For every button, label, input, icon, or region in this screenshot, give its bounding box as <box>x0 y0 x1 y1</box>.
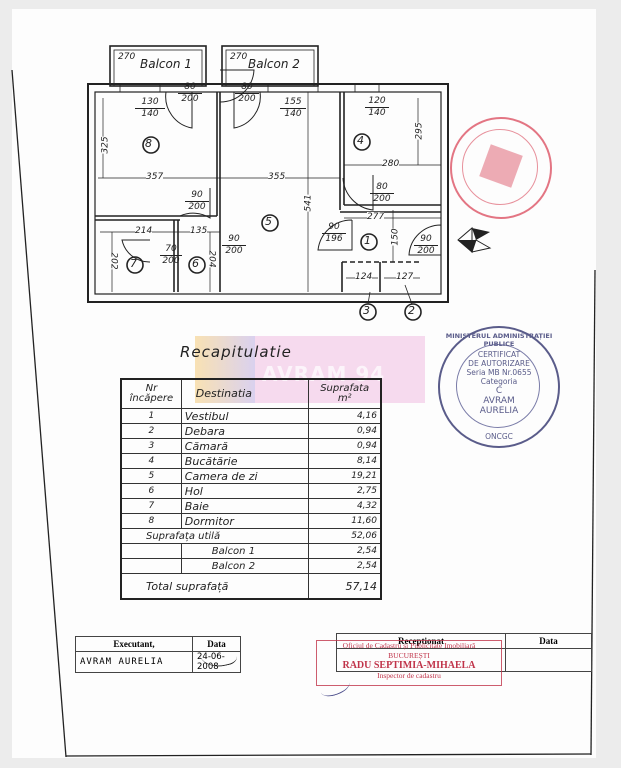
window-4: 120140 <box>365 96 389 119</box>
table-row: 5 Camera de zi 19,21 <box>121 469 381 484</box>
balcon2-area: 2,54 <box>309 559 381 574</box>
door-balcon1: 80200 <box>178 82 202 105</box>
dim-277: 277 <box>367 212 384 222</box>
recap-title: Recapitulatie <box>180 343 292 361</box>
inspector-stamp-line: Oficiul de Cadastru și Publicitate Imobi… <box>317 641 501 651</box>
dim-295: 295 <box>415 122 425 139</box>
room-area: 4,16 <box>309 409 381 424</box>
header-nr: Nrîncăpere <box>121 379 181 409</box>
balcon2-width: 270 <box>230 52 247 62</box>
dim-135: 135 <box>190 226 207 236</box>
door-entry: 90200 <box>414 234 438 257</box>
recap-table: Nrîncăpere Destinatia Suprafatam² 1 Vest… <box>120 378 382 600</box>
dim-325: 325 <box>101 136 111 153</box>
room-destination: Bucătărie <box>181 454 309 469</box>
balcon1-dest: Balcon 1 <box>181 544 309 559</box>
room-destination: Debara <box>181 424 309 439</box>
door-balcon2: 80200 <box>235 82 259 105</box>
window-8: 130140 <box>135 97 165 120</box>
inspector-stamp-line: RADU SEPTIMIA-MIHAELA <box>317 661 501 671</box>
balcon1-width: 270 <box>118 52 135 62</box>
stamp-line: Categoria <box>450 377 548 386</box>
total-value: 57,14 <box>309 574 381 600</box>
table-row: Balcon 2 2,54 <box>121 559 381 574</box>
dim-541: 541 <box>304 194 314 211</box>
executant-header: Executant, <box>76 637 193 652</box>
door-8: 90200 <box>185 190 209 213</box>
room-destination: Dormitor <box>181 514 309 529</box>
room-nr: 4 <box>121 454 181 469</box>
room-nr: 3 <box>121 439 181 454</box>
table-row: 7 Baie 4,32 <box>121 499 381 514</box>
room-area: 8,14 <box>309 454 381 469</box>
table-row: 8 Dormitor 11,60 <box>121 514 381 529</box>
table-row: Balcon 1 2,54 <box>121 544 381 559</box>
balcon1-area: 2,54 <box>309 544 381 559</box>
room-7-number: 7 <box>130 257 137 270</box>
dim-124: 124 <box>355 272 372 282</box>
stamp-line: AVRAM <box>450 396 548 406</box>
door-5: 90200 <box>222 234 246 257</box>
room-area: 0,94 <box>309 424 381 439</box>
header-destinatia: Destinatia <box>181 379 309 409</box>
dim-214: 214 <box>135 226 152 236</box>
stamp-line: CERTIFICAT <box>450 350 548 359</box>
balcon1-label: Balcon 1 <box>140 57 192 71</box>
door-1: 90196 <box>322 222 346 245</box>
room-area: 19,21 <box>309 469 381 484</box>
room-5-number: 5 <box>265 215 272 228</box>
executant-name: AVRAM AURELIA <box>76 652 193 673</box>
room-destination: Vestibul <box>181 409 309 424</box>
room-nr: 1 <box>121 409 181 424</box>
room-nr: 2 <box>121 424 181 439</box>
room-8-number: 8 <box>145 137 152 150</box>
room-destination: Cămară <box>181 439 309 454</box>
receptionat-date-header: Data <box>506 634 592 649</box>
dim-355: 355 <box>268 172 285 182</box>
balcon2-label: Balcon 2 <box>248 57 300 71</box>
room-destination: Hol <box>181 484 309 499</box>
table-row: 1 Vestibul 4,16 <box>121 409 381 424</box>
dim-357: 357 <box>146 172 163 182</box>
room-4-number: 4 <box>357 134 364 147</box>
door-4: 80200 <box>370 182 394 205</box>
stamp-line: C <box>450 386 548 396</box>
room-nr: 7 <box>121 499 181 514</box>
north-arrow-icon <box>458 228 490 252</box>
room-area: 2,75 <box>309 484 381 499</box>
room-2-number: 2 <box>408 304 415 317</box>
dim-202: 202 <box>109 252 119 269</box>
stamp-line: AURELIA <box>450 406 548 416</box>
dim-280: 280 <box>382 159 399 169</box>
room-area: 4,32 <box>309 499 381 514</box>
room-destination: Camera de zi <box>181 469 309 484</box>
table-row: 4 Bucătărie 8,14 <box>121 454 381 469</box>
total-label: Total suprafață <box>121 574 309 600</box>
balcon2-dest: Balcon 2 <box>181 559 309 574</box>
room-3-number: 3 <box>363 304 370 317</box>
room-area: 0,94 <box>309 439 381 454</box>
cadastre-stamp <box>450 117 552 219</box>
table-row: 3 Cămară 0,94 <box>121 439 381 454</box>
authorization-stamp: MINISTERUL ADMINISTRAȚIEI PUBLICE CERTIF… <box>438 326 560 448</box>
useful-area-label: Suprafața utilă <box>121 529 309 544</box>
dim-204: 204 <box>207 250 217 267</box>
stamp-line: Seria MB Nr.0655 <box>450 368 548 377</box>
room-area: 11,60 <box>309 514 381 529</box>
room-nr: 8 <box>121 514 181 529</box>
room-nr: 5 <box>121 469 181 484</box>
table-row: 2 Debara 0,94 <box>121 424 381 439</box>
door-6: 70200 <box>160 244 182 267</box>
room-destination: Baie <box>181 499 309 514</box>
header-suprafata: Suprafatam² <box>309 379 381 409</box>
stamp-line: DE AUTORIZARE <box>450 359 548 368</box>
window-5: 155140 <box>280 97 306 120</box>
useful-area-value: 52,06 <box>309 529 381 544</box>
table-row: 6 Hol 2,75 <box>121 484 381 499</box>
room-6-number: 6 <box>192 257 199 270</box>
dim-150: 150 <box>391 228 401 245</box>
dim-127: 127 <box>396 272 413 282</box>
room-nr: 6 <box>121 484 181 499</box>
room-1-number: 1 <box>364 234 371 247</box>
